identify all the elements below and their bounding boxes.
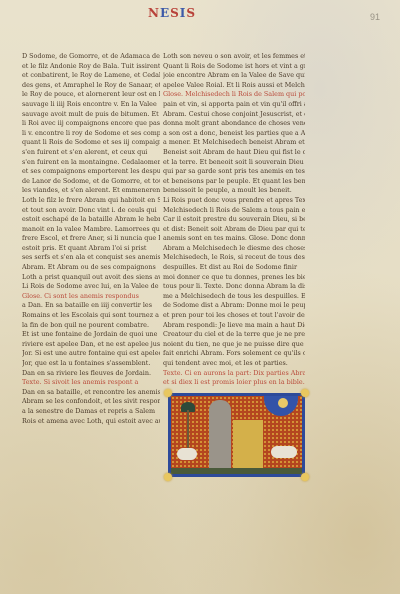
header-letter: E — [160, 6, 170, 20]
text-line: beneissoit le peuple, a moult les beneit… — [163, 186, 305, 196]
text-line: tous pour li. Texte. Donc donna Abram la… — [163, 282, 305, 292]
text-line: Dan en sa riviere les fleuves de Jordain… — [22, 369, 160, 379]
text-line: anemis sont en tes mains. Glose. Donc do… — [163, 234, 305, 244]
text-line: a Dan. En sa bataille en iiij convertir … — [22, 301, 160, 311]
text-line: Jor. Si est une autre fontaine qui est a… — [22, 349, 160, 359]
text-line: Loth son neveu o son avoir, et les femme… — [163, 52, 305, 62]
text-line: Loth le filz le frere Abram qui habitoit… — [22, 196, 160, 206]
text-line: Quant li Rois de Sodome ist hors et vint… — [163, 62, 305, 72]
text-line: et tout son avoir. Donc vint i. de ceuls… — [22, 206, 160, 216]
text-line: a mener. Et Melchisedech beneist Abram e… — [163, 138, 305, 148]
gold-boss-icon — [301, 389, 309, 397]
running-header: NESIS — [148, 6, 196, 20]
right-text-column: Loth son neveu o son avoir, et les femme… — [163, 52, 305, 388]
ground — [171, 468, 302, 474]
text-line: des gens, et Amraphel le Roy de Sanaar, … — [22, 81, 160, 91]
text-line: Li Rois puet donc vous prendre et apres … — [163, 196, 305, 206]
text-line: ses serfs et s'en ala et conquist ses an… — [22, 253, 160, 263]
text-line: qui tendent avec moi, et les ot parties. — [163, 359, 305, 369]
text-line: me a Melchisedech de tous les despuilles… — [163, 292, 305, 302]
text-line: le Roy de pouce, et alornerent leur ost … — [22, 90, 160, 100]
left-text-column: D Sodome, de Gomorre, et de Adamaca de S… — [22, 52, 160, 426]
text-line: a son ost a donc, beneist les parties qu… — [163, 129, 305, 139]
text-line: Beneist soit Abram de haut Dieu qui fist… — [163, 148, 305, 158]
text-line: Abram respondi: Je lieve ma main a haut … — [163, 321, 305, 331]
sheep-icon — [177, 448, 197, 460]
text-line: noient du tien, ne que je ne puisse dire… — [163, 340, 305, 350]
gold-boss-icon — [301, 473, 309, 481]
text-line: les viandes, et s'en alerent. Et emmener… — [22, 186, 160, 196]
text-line: qui par sa garde sont pris tes anemis en… — [163, 167, 305, 177]
text-line: li Roi avec iij compaignons encore que p… — [22, 119, 160, 129]
text-line: et ses compaignons emporterent les despu… — [22, 167, 160, 177]
text-line: Loth a prist quanquil out avoit des sien… — [22, 273, 160, 283]
text-line: Car il estoit prestre du souverain Dieu,… — [163, 215, 305, 225]
text-line: sauvage avoit mult de puis de bitumen. E… — [22, 110, 160, 120]
miniature-illumination — [168, 393, 305, 477]
text-line: Abram. Et Abram ou de ses compaignons — [22, 263, 160, 273]
text-line: fait enrichi Abram. Fors solement ce qu'… — [163, 349, 305, 359]
text-line: et beneisons par le peuple. Et quant les… — [163, 177, 305, 187]
header-letter: S — [170, 6, 180, 20]
text-line: et si diex li est promis loier plus en l… — [163, 378, 305, 388]
text-line: joie encontre Abram en la Valee de Save … — [163, 71, 305, 81]
text-line: despuilles. Et dist au Roi de Sodome fin… — [163, 263, 305, 273]
text-line: et pren pour toi les choses et tout l'av… — [163, 311, 305, 321]
text-line: sauvage li iiij Rois encontre v. En la V… — [22, 100, 160, 110]
gold-boss-icon — [164, 389, 172, 397]
text-line: Texte. Ci en aurons la part: Dix parties… — [163, 369, 305, 379]
text-line: Li Rois de Sodome avec lui, en la Valee … — [22, 282, 160, 292]
text-line: de Lanor de Sodome, et de Gomorre, et to… — [22, 177, 160, 187]
text-line: Romains et les Escolais qui sont tournez… — [22, 311, 160, 321]
text-line: moi donner ce que tu donnes, prenes les … — [163, 273, 305, 283]
gold-boss-icon — [164, 473, 172, 481]
text-line: de Sodome dist a Abram: Donne moi le peu… — [163, 301, 305, 311]
text-line: s'en fuirent et s'en alerent, et ceux qu… — [22, 148, 160, 158]
text-line: Abram a Melchisedech le diesme des chose… — [163, 244, 305, 254]
text-line: s'en fuirent en la montaingne. Cedalaome… — [22, 158, 160, 168]
text-line: et la terre. Et beneoit soit li souverai… — [163, 158, 305, 168]
text-line: D Sodome, de Gomorre, et de Adamaca de S… — [22, 52, 160, 62]
header-letter: S — [186, 6, 196, 20]
text-line: Creatour du ciel et de la terre que je n… — [163, 330, 305, 340]
altar — [233, 420, 263, 470]
divine-figure-halo — [278, 398, 288, 408]
text-line: Melchisedech li Rois de Salem a tous pai… — [163, 206, 305, 216]
header-letter: N — [148, 6, 160, 20]
text-line: a la senestre de Damas et repris a Salem — [22, 407, 160, 417]
text-line: Et ist une fontaine de Jordain de quoi u… — [22, 330, 160, 340]
text-line: li v. encontre li roy de Sodome et ses c… — [22, 129, 160, 139]
monk-figure — [209, 400, 231, 470]
text-line: donna molt grant abondance de choses ven… — [163, 119, 305, 129]
text-line: manoit en la valee Mambre. Lamorrees qui… — [22, 225, 160, 235]
text-line: riviere est apelee Dan, et ne est apelee… — [22, 340, 160, 350]
text-line: et dist: Beneit soit Abram de Dieu par q… — [163, 225, 305, 235]
text-line: Dan en sa bataille, et rencontre les ane… — [22, 388, 160, 398]
text-line: frere Escol, et frere Aner, si li nuncia… — [22, 234, 160, 244]
text-line: Rois et amena avec Loth, qui estoit avec… — [22, 417, 160, 427]
text-line: Abram se les confondoit, et les sivit re… — [22, 397, 160, 407]
text-line: pain et vin, si apporta pain et vin qu'i… — [163, 100, 305, 110]
text-line: et conbatirent, le Roy de Lamene, et Ced… — [22, 71, 160, 81]
text-line: estoit pris. Et quant Abram l'oi si pris… — [22, 244, 160, 254]
text-line: Texte. Si sivoit les anemis respont a — [22, 378, 160, 388]
text-line: quant li Rois de Sodome et ses iij compa… — [22, 138, 160, 148]
sheep-icon — [271, 446, 297, 458]
text-line: Glose. Ci sont les anemis respondus — [22, 292, 160, 302]
folio-number: 91 — [370, 12, 380, 22]
manuscript-page: NESIS 91 D Sodome, de Gomorre, et de Ada… — [0, 0, 400, 594]
text-line: estoit eschapé de la bataille Abram le h… — [22, 215, 160, 225]
text-line: Jor, que est la u fontaines s'assemblent… — [22, 359, 160, 369]
text-line: et le filz Andonie Roy de Bala. Tuit iss… — [22, 62, 160, 72]
text-line: la fin de bon quil ne pourent combatre. — [22, 321, 160, 331]
text-line: apelee Valee Roial. Et li Rois aussi et … — [163, 81, 305, 91]
text-line: Abram. Cestui chose conjoint Jesuscrist,… — [163, 110, 305, 120]
text-line: Melchisedech, le Rois, si receut de tous… — [163, 253, 305, 263]
text-line: Glose. Melchisedech li Rois de Salem qui… — [163, 90, 305, 100]
